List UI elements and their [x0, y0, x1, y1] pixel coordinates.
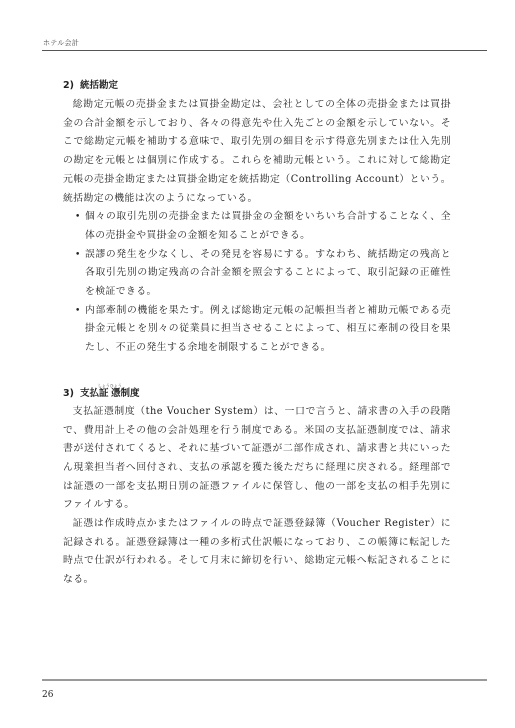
section-number: 2) — [63, 80, 74, 91]
paragraph: 支払証憑制度（the Voucher System）は、一口で言うと、請求書の入… — [63, 403, 451, 515]
list-item-text: 内部牽制の機能を果たす。例えば総勘定元帳の記帳担当者と補助元帳である売掛金元帳と… — [85, 305, 451, 353]
section-heading-controlling-account: 2)統括勘定 — [63, 76, 451, 96]
section-title-suffix: 制度 — [120, 388, 139, 399]
section-title-ruby: 証憑しょうひょう — [99, 388, 121, 399]
header-divider — [42, 50, 487, 51]
page-body: 2)統括勘定 総勘定元帳の売掛金または買掛金勘定は、会社としての全体の売掛金また… — [63, 76, 451, 590]
section-spacer — [63, 358, 451, 377]
bullet-icon: • — [75, 208, 81, 227]
section-heading-voucher-system: 3)支払証憑しょうひょう制度 — [63, 383, 451, 403]
footer-divider — [42, 679, 487, 681]
paragraph: 総勘定元帳の売掛金または買掛金勘定は、会社としての全体の売掛金または買掛金の合計… — [63, 96, 451, 208]
ruby-reading: しょうひょう — [98, 383, 122, 388]
bullet-icon: • — [75, 246, 81, 265]
section-title-prefix: 支払 — [80, 388, 99, 399]
list-item: • 内部牽制の機能を果たす。例えば総勘定元帳の記帳担当者と補助元帳である売掛金元… — [75, 302, 451, 358]
list-item-text: 誤謬の発生を少なくし、その発見を容易にする。すなわち、統括勘定の残高と各取引先別… — [85, 249, 451, 297]
page-number: 26 — [42, 690, 53, 700]
list-item: • 誤謬の発生を少なくし、その発見を容易にする。すなわち、統括勘定の残高と各取引… — [75, 246, 451, 302]
running-head-title: ホテル会計 — [43, 38, 79, 48]
bullet-list: • 個々の取引先別の売掛金または買掛金の金額をいちいち合計することなく、全体の売… — [63, 208, 451, 358]
list-item: • 個々の取引先別の売掛金または買掛金の金額をいちいち合計することなく、全体の売… — [75, 208, 451, 245]
section-number: 3) — [63, 388, 74, 399]
bullet-icon: • — [75, 302, 81, 321]
list-item-text: 個々の取引先別の売掛金または買掛金の金額をいちいち合計することなく、全体の売掛金… — [85, 211, 451, 241]
paragraph: 証憑は作成時点かまたはファイルの時点で証憑登録簿（Voucher Registe… — [63, 515, 451, 590]
section-title: 統括勘定 — [80, 80, 118, 91]
ruby-base: 証憑 — [98, 388, 122, 399]
